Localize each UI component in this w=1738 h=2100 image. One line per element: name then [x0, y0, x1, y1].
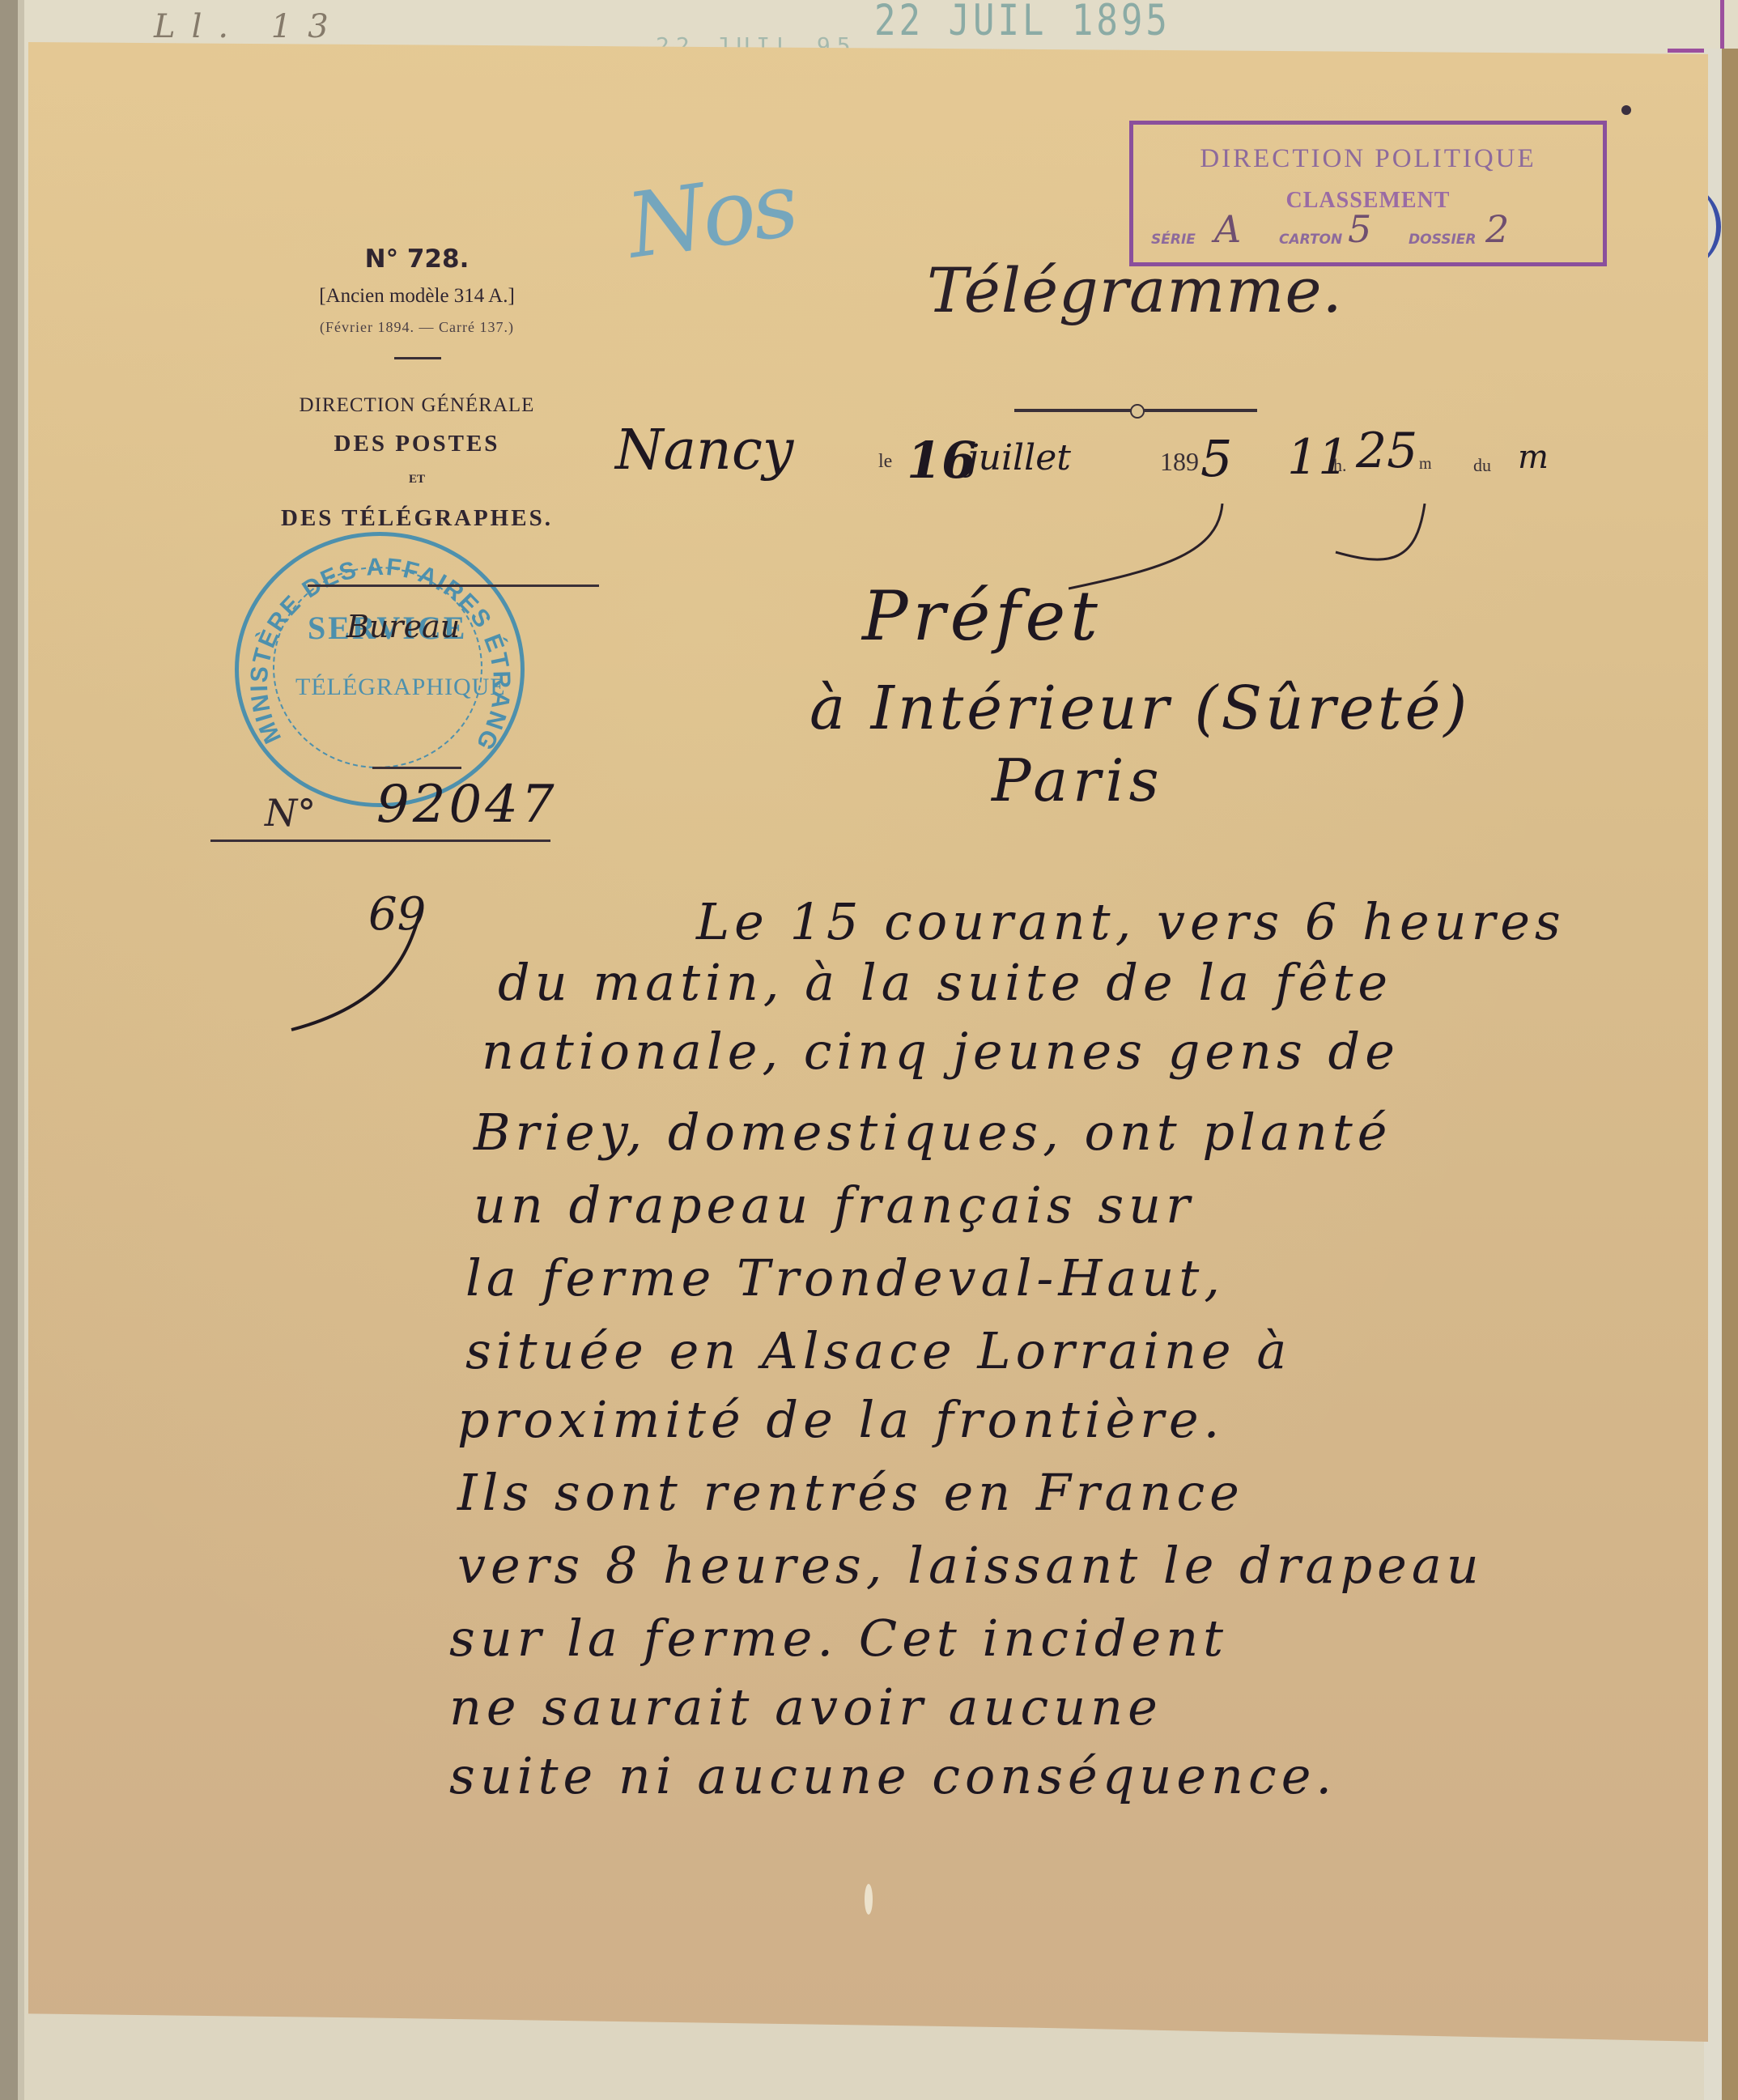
- recipient-line2: à Intérieur (Sûreté): [810, 674, 1470, 743]
- year-printed: 189: [1160, 447, 1199, 477]
- ministry-circular-stamp: MINISTÈRE DES AFFAIRES ÉTRANGÈRES SERVIC…: [235, 532, 525, 807]
- recipient-line1: Préfet: [862, 576, 1103, 656]
- classement-stamp: DIRECTION POLITIQUE CLASSEMENT SÉRIE A C…: [1129, 121, 1607, 266]
- dossier-label: DOSSIER: [1409, 232, 1476, 248]
- origin-city: Nancy: [615, 419, 793, 482]
- telegram-sheet: N° 728. [Ancien modèle 314 A.] (Février …: [28, 42, 1708, 2042]
- body-line-4: Briey, domestiques, ont planté: [474, 1103, 1392, 1162]
- blue-pencil-annotation: Nos: [621, 152, 801, 278]
- body-line-6: la ferme Trondeval-Haut,: [465, 1248, 1225, 1307]
- paper-tear: [865, 1884, 873, 1915]
- classement-fields: SÉRIE A CARTON 5 DOSSIER 2: [1133, 232, 1603, 256]
- telegram-title: Télégramme.: [927, 254, 1343, 326]
- origin-flourishes: [1069, 504, 1635, 593]
- body-line-11: sur la ferme. Cet incident: [449, 1609, 1228, 1668]
- recipient-line3: Paris: [992, 746, 1164, 814]
- telegram-number: 92047: [376, 775, 558, 835]
- direction-generale: DIRECTION GÉNÉRALE: [227, 394, 607, 417]
- carton-value: 5: [1348, 207, 1371, 251]
- carton-label: CARTON: [1279, 232, 1342, 248]
- dossier-value: 2: [1485, 207, 1509, 251]
- body-line-3: nationale, cinq jeunes gens de: [482, 1022, 1400, 1081]
- classement-title: DIRECTION POLITIQUE: [1133, 144, 1603, 174]
- form-number: N° 728.: [227, 244, 607, 274]
- form-old-model: [Ancien modèle 314 A.]: [227, 285, 607, 308]
- body-line-10: vers 8 heures, laissant le drapeau: [457, 1536, 1484, 1595]
- binder-edge: [0, 0, 18, 2100]
- date-month: juillet: [967, 437, 1071, 478]
- stamp-telegraphique-text: TÉLÉGRAPHIQUE: [295, 674, 506, 701]
- date-day: 16: [907, 431, 976, 490]
- period-value: m: [1518, 439, 1549, 476]
- bureau-rule-top: [308, 585, 599, 587]
- body-line-9: Ils sont rentrés en France: [457, 1463, 1244, 1522]
- body-line-13: suite ni aucune conséquence.: [449, 1746, 1336, 1805]
- title-ornament-dot: [1130, 404, 1145, 419]
- des-telegraphes: DES TÉLÉGRAPHES.: [227, 505, 607, 532]
- minutes: 25: [1356, 423, 1417, 479]
- body-line-1: Le 15 courant, vers 6 heures: [696, 892, 1566, 951]
- underlying-sheet-handwriting: Ll. 13: [154, 8, 345, 45]
- right-folder-edge: [1722, 49, 1738, 2100]
- serie-value: A: [1214, 207, 1241, 251]
- date-prefix: le: [878, 451, 892, 473]
- et-label: ET: [227, 473, 607, 487]
- number-label: N°: [265, 791, 316, 835]
- des-postes: DES POSTES: [227, 431, 607, 457]
- bureau-label: Bureau: [346, 609, 460, 644]
- header-rule: [394, 357, 441, 359]
- word-count-flourish: [287, 900, 433, 1038]
- form-print-date: (Février 1894. — Carré 137.): [227, 319, 607, 336]
- minutes-suffix: m: [1419, 455, 1432, 474]
- body-line-12: ne saurait avoir aucune: [449, 1677, 1162, 1737]
- underlying-stamp-corner: [1668, 0, 1724, 53]
- serie-label: SÉRIE: [1151, 232, 1196, 248]
- hour-suffix: h.: [1333, 455, 1347, 476]
- number-rule: [210, 840, 550, 842]
- body-line-2: du matin, à la suite de la fête: [498, 953, 1392, 1012]
- bureau-rule-bottom: [372, 767, 461, 769]
- ink-dot: [1621, 105, 1631, 115]
- body-line-7: située en Alsace Lorraine à: [465, 1321, 1291, 1380]
- body-line-8: proximité de la frontière.: [457, 1390, 1224, 1449]
- period-label: du: [1473, 455, 1491, 476]
- year-handwritten: 5: [1200, 429, 1232, 488]
- binder-edge-inner: [18, 0, 24, 2100]
- stamp-ring-text: MINISTÈRE DES AFFAIRES ÉTRANGÈRES: [239, 536, 521, 803]
- received-date-stamp: 22 JUIL 1895: [874, 0, 1171, 45]
- body-line-5: un drapeau français sur: [474, 1175, 1195, 1235]
